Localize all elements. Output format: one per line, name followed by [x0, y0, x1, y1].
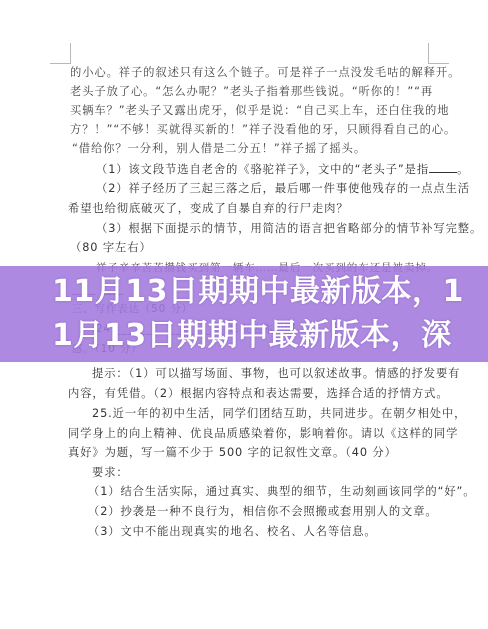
margin-corner-mark-left — [50, 43, 71, 64]
hint-line: 内容，有凭借。（2）根据内容特点和表达需要，选择合适的抒情方式。 — [68, 387, 449, 401]
question-1-end: 。 — [457, 163, 469, 176]
requirement-item: （3）文中不能出现真实的地名、校名、人名等信息。 — [88, 525, 377, 539]
essay-prompt-line: 25.近一年的初中生活，同学们团结互助，共同进步。在朝夕相处中， — [92, 407, 466, 421]
margin-corner-mark-right — [428, 43, 449, 64]
question-3-line: （3）根据下面提示的情节，用简洁的语言把省略部分的情节补写完整。 — [96, 222, 482, 236]
requirement-item: （1）结合生活实际，通过真实、典型的细节，生动刻画该同学的“好”。 — [88, 485, 476, 499]
document-page: 的小心。祥子的叙述只有这么个链子。可是祥子一点没发毛咕的解释开。 老头子放了心。… — [0, 0, 488, 629]
requirement-item: （2）抄袭是一种不良行为，相信你不会照搬或套用别人的文章。 — [88, 505, 438, 519]
question-3-line: （80 字左右） — [70, 241, 152, 255]
question-2-line: （2）祥子经历了三起三落之后，最后哪一件事使他残存的一点点生活 — [96, 182, 470, 196]
essay-prompt-line: 同学身上的向上精神、优良品质感染着你，影响着你。请以《这样的同学 — [68, 427, 458, 441]
hint-line: 提示：（1）可以描写场面、事物，也可以叙述故事。情感的抒发要有 — [92, 367, 460, 381]
essay-prompt-line: 真好》为题，写一篇不少于 500 字的记叙性文章。（40 分） — [68, 446, 397, 460]
question-2-line: 希望也给彻底破灭了，变成了自暴自弃的行尸走肉？ — [68, 202, 349, 216]
question-1: （1）该文段节选自老舍的《骆驼祥子》，文中的“老头子”是指。 — [96, 162, 469, 177]
question-1-text: （1）该文段节选自老舍的《骆驼祥子》，文中的“老头子”是指 — [96, 163, 429, 176]
paragraph-line: 的小心。祥子的叙述只有这么个链子。可是祥子一点没发毛咕的解释开。 — [70, 66, 460, 80]
paragraph-line: 买辆车？”老头子又露出虎牙，似乎是说：“自己买上车，还白住我的地 — [70, 104, 449, 118]
paragraph-line: 方？！”“不够！买就得买新的！”祥子没看他的牙，只顾得看自己的心。 — [70, 123, 456, 137]
requirements-label: 要求： — [92, 466, 129, 480]
paragraph-line: 老头子放了心。“怎么办呢？”老头子指着那些钱说。“听你的！”“再 — [70, 85, 433, 99]
banner-title: 11月13日期期中最新版本，11月13日期期中最新版本，深 — [52, 270, 482, 358]
answer-blank — [429, 162, 457, 173]
paragraph-line: “借给你？一分利，别人借是二分五！”祥子摇了摇头。 — [72, 142, 366, 156]
